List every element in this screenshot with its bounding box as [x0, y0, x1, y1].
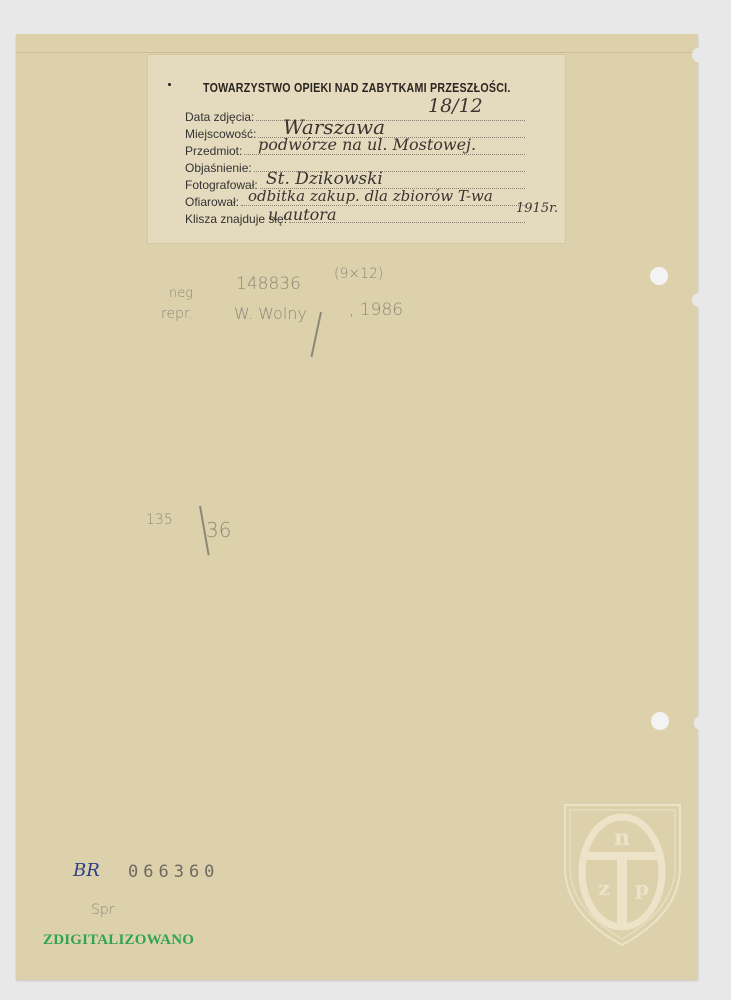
br-mark: BR: [73, 860, 100, 881]
pencil-neg-label: neg: [169, 286, 193, 301]
edge-notch-top: [692, 293, 704, 307]
handwritten-subject: podwórze na ul. Mostowej.: [258, 135, 476, 154]
handwritten-year: 1915r.: [516, 201, 558, 216]
svg-text:p: p: [635, 876, 649, 900]
card-dot: [168, 83, 171, 86]
paper-fold-line: [16, 52, 698, 53]
field-label-explanation: Objaśnienie:: [185, 161, 252, 175]
digitized-stamp: ZDIGITALIZOWANO: [43, 932, 194, 949]
svg-text:n: n: [614, 825, 630, 851]
edge-notch-bottom: [694, 716, 706, 730]
handwritten-photographer: St. Dzikowski: [266, 169, 383, 189]
field-label-photographer: Fotografował:: [185, 178, 258, 192]
punch-hole-top: [650, 267, 668, 285]
svg-text:z: z: [598, 876, 609, 900]
pencil-neg-number: 148836: [236, 274, 301, 294]
field-negative-location: Klisza znajduje się:: [185, 209, 525, 226]
handwritten-negative-location: u autora: [268, 205, 336, 224]
pencil-bracket: [310, 312, 321, 357]
inventory-number-stamp: 066360: [128, 862, 219, 882]
pencil-repro-label: repr.: [161, 306, 193, 322]
handwritten-donor: odbitka zakup. dla zbiorów T-wa: [248, 187, 493, 205]
handwritten-date: 18/12: [428, 95, 483, 117]
pencil-repro-author: W. Wolny: [234, 304, 307, 323]
field-label-place: Miejscowość:: [185, 127, 256, 141]
document-paper: TOWARZYSTWO OPIEKI NAD ZABYTKAMI PRZESZŁ…: [16, 34, 698, 980]
field-label-date: Data zdjęcia:: [185, 110, 254, 124]
pencil-format: (9×12): [334, 266, 383, 282]
field-label-donor: Ofiarował:: [185, 195, 239, 209]
pencil-inventory-right: 36: [206, 518, 231, 542]
tonzp-shield-watermark-icon: n z p: [560, 800, 685, 950]
pencil-inventory-left: 135: [146, 512, 173, 528]
label-card: TOWARZYSTWO OPIEKI NAD ZABYTKAMI PRZESZŁ…: [148, 55, 565, 243]
field-label-subject: Przedmiot:: [185, 144, 242, 158]
edge-notch-corner: [692, 48, 704, 62]
card-title: TOWARZYSTWO OPIEKI NAD ZABYTKAMI PRZESZŁ…: [203, 80, 511, 95]
pencil-repro-year: , 1986: [349, 300, 403, 320]
punch-hole-bottom: [651, 712, 669, 730]
pencil-signature: Spr: [91, 902, 115, 918]
